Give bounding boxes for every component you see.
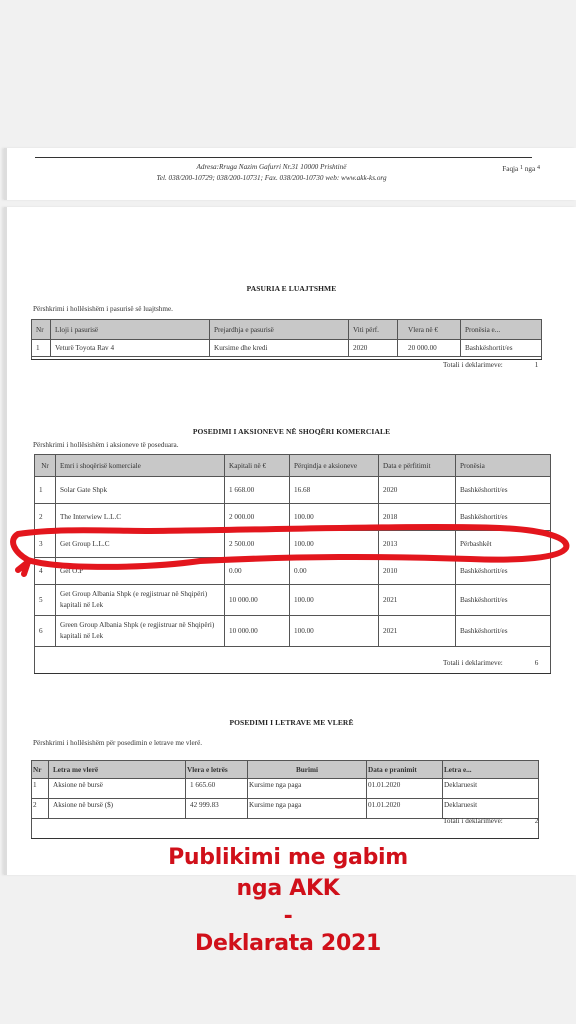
cell: 2020 (379, 477, 456, 504)
cell: Aksione në bursë (49, 779, 186, 799)
total-value: 1 (535, 361, 539, 369)
page-number: Faqja 1 nga 4 (502, 165, 540, 173)
page-current: 1 (520, 165, 523, 171)
cell: Bashkëshortit/es (456, 616, 551, 647)
total-label: Totali i deklarimeve: (443, 361, 503, 369)
total-label: Totali i deklarimeve: (443, 659, 503, 667)
cell: 6 (35, 616, 56, 647)
col-source: Burimi (248, 761, 367, 779)
address-line: Adresa:Rruga Nazim Gafurri Nr.31 10000 P… (7, 162, 536, 173)
cell: 1 (32, 779, 49, 799)
cell: 2010 (379, 558, 456, 585)
col-asset-type: Lloji i pasurisë (51, 320, 210, 340)
cell: Green Group Albania Shpk (e regjistruar … (56, 616, 225, 647)
cell: Kursime nga paga (248, 799, 367, 819)
total-value: 6 (535, 659, 539, 667)
col-ownership: Pronësia (456, 455, 551, 477)
footer-address: Adresa:Rruga Nazim Gafurri Nr.31 10000 P… (7, 162, 536, 184)
contact-line: Tel. 038/200-10729; 038/200-10731; Fax. … (7, 173, 536, 184)
table-row: 4Get O.P0.000.002010Bashkëshortit/es (35, 558, 551, 585)
col-receipt-date: Data e pranimit (367, 761, 443, 779)
cell: 5 (35, 585, 56, 616)
table-header-row: Nr Lloji i pasurisë Prejardhja e pasuris… (32, 320, 542, 340)
securities-total: Totali i deklarimeve:2 (443, 817, 538, 825)
table-row: 5Get Group Albania Shpk (e regjistruar n… (35, 585, 551, 616)
col-year: Viti përf. (349, 320, 398, 340)
cell: 1 668.00 (225, 477, 290, 504)
cell: Deklaruesit (443, 799, 539, 819)
cell: Kursime nga paga (248, 779, 367, 799)
col-security-of: Letra e... (443, 761, 539, 779)
securities-title: POSEDIMI I LETRAVE ME VLERË (7, 718, 576, 727)
cell: 3 (35, 531, 56, 558)
cell: 100.00 (290, 616, 379, 647)
cell: Bashkëshortit/es (456, 504, 551, 531)
cell: Kursime dhe kredi (210, 340, 349, 357)
declaration-page: PASURIA E LUAJTSHME Përshkrimi i hollësi… (4, 207, 576, 875)
cell: 16.68 (290, 477, 379, 504)
cell: Përbashkët (456, 531, 551, 558)
movable-assets-title: PASURIA E LUAJTSHME (7, 284, 576, 293)
cell: 2020 (349, 340, 398, 357)
cell: 2 (35, 504, 56, 531)
cell: 0.00 (225, 558, 290, 585)
cell: 100.00 (290, 504, 379, 531)
table-row: 1Aksione në bursë1 665.60Kursime nga pag… (32, 779, 539, 799)
cell: Bashkëshortit/es (456, 477, 551, 504)
shares-table: Nr Emri i shoqërisë komerciale Kapitali … (34, 454, 551, 674)
col-value: Vlera në € (398, 320, 461, 340)
table-row: 2The Interwiew L.L.C2 000.00100.002018Ba… (35, 504, 551, 531)
cell: Veturë Toyota Rav 4 (51, 340, 210, 357)
caption-line-2: nga AKK (0, 873, 576, 904)
cell: 2 500.00 (225, 531, 290, 558)
cell: Get O.P (56, 558, 225, 585)
cell: Aksione në bursë ($) (49, 799, 186, 819)
footer-rule (35, 157, 532, 158)
table-row: 1 Veturë Toyota Rav 4 Kursime dhe kredi … (32, 340, 542, 357)
cell: 01.01.2020 (367, 779, 443, 799)
shares-total: Totali i deklarimeve:6 (443, 659, 538, 667)
caption-line-1: Publikimi me gabim (0, 842, 576, 873)
movable-assets-table: Nr Lloji i pasurisë Prejardhja e pasuris… (31, 319, 542, 360)
cell: 1 (32, 340, 51, 357)
previous-page-footer: Adresa:Rruga Nazim Gafurri Nr.31 10000 P… (4, 148, 576, 200)
col-acquisition-date: Data e përfitimit (379, 455, 456, 477)
col-origin: Prejardhja e pasurisë (210, 320, 349, 340)
col-share-percentage: Përqindja e aksioneve (290, 455, 379, 477)
cell: 10 000.00 (225, 616, 290, 647)
col-company-name: Emri i shoqërisë komerciale (56, 455, 225, 477)
table-header-row: Nr Emri i shoqërisë komerciale Kapitali … (35, 455, 551, 477)
page-total: 4 (537, 165, 540, 171)
securities-table: Nr Letra me vlerë Vlera e letrës Burimi … (31, 760, 539, 839)
cell: 2013 (379, 531, 456, 558)
total-value: 2 (535, 817, 539, 825)
cell: Deklaruesit (443, 779, 539, 799)
table-row-highlighted: 3Get Group L.L.C2 500.00100.002013Përbas… (35, 531, 551, 558)
col-security: Letra me vlerë (49, 761, 186, 779)
col-ownership: Pronësia e... (461, 320, 542, 340)
col-security-value: Vlera e letrës (186, 761, 248, 779)
cell: 0.00 (290, 558, 379, 585)
shares-title: POSEDIMI I AKSIONEVE NË SHOQËRI KOMERCIA… (7, 427, 576, 436)
table-header-row: Nr Letra me vlerë Vlera e letrës Burimi … (32, 761, 539, 779)
cell: 2021 (379, 616, 456, 647)
page-label: Faqja (502, 165, 518, 173)
cell: Solar Gate Shpk (56, 477, 225, 504)
movable-assets-total: Totali i deklarimeve:1 (443, 361, 538, 369)
cell: 100.00 (290, 531, 379, 558)
cell: 10 000.00 (225, 585, 290, 616)
cell: 1 665.60 (186, 779, 248, 799)
cell: 2 000.00 (225, 504, 290, 531)
cell: Get Group Albania Shpk (e regjistruar në… (56, 585, 225, 616)
table-row: 6Green Group Albania Shpk (e regjistruar… (35, 616, 551, 647)
cell: 4 (35, 558, 56, 585)
cell: 20 000.00 (398, 340, 461, 357)
cell: 42 999.83 (186, 799, 248, 819)
cell: 100.00 (290, 585, 379, 616)
table-row: 1Solar Gate Shpk1 668.0016.682020Bashkës… (35, 477, 551, 504)
cell: Bashkëshortit/es (456, 558, 551, 585)
cell: 2018 (379, 504, 456, 531)
cell: 2 (32, 799, 49, 819)
total-label: Totali i deklarimeve: (443, 817, 503, 825)
cell: 1 (35, 477, 56, 504)
col-nr: Nr (32, 320, 51, 340)
movable-assets-description: Përshkrimi i hollësishëm i pasurisë së l… (33, 305, 173, 313)
caption-line-4: Deklarata 2021 (0, 928, 576, 959)
col-capital: Kapitali në € (225, 455, 290, 477)
cell: The Interwiew L.L.C (56, 504, 225, 531)
cell: Bashkëshortit/es (456, 585, 551, 616)
securities-description: Përshkrimi i hollësishëm për posedimin e… (33, 739, 202, 747)
cell: Bashkëshortit/es (461, 340, 542, 357)
col-nr: Nr (35, 455, 56, 477)
cell: Get Group L.L.C (56, 531, 225, 558)
cell: 01.01.2020 (367, 799, 443, 819)
cell: 2021 (379, 585, 456, 616)
page-of-label: nga (525, 165, 535, 173)
table-row: 2Aksione në bursë ($)42 999.83Kursime ng… (32, 799, 539, 819)
shares-description: Përshkrimi i hollësishëm i aksioneve të … (33, 441, 179, 449)
col-nr: Nr (32, 761, 49, 779)
